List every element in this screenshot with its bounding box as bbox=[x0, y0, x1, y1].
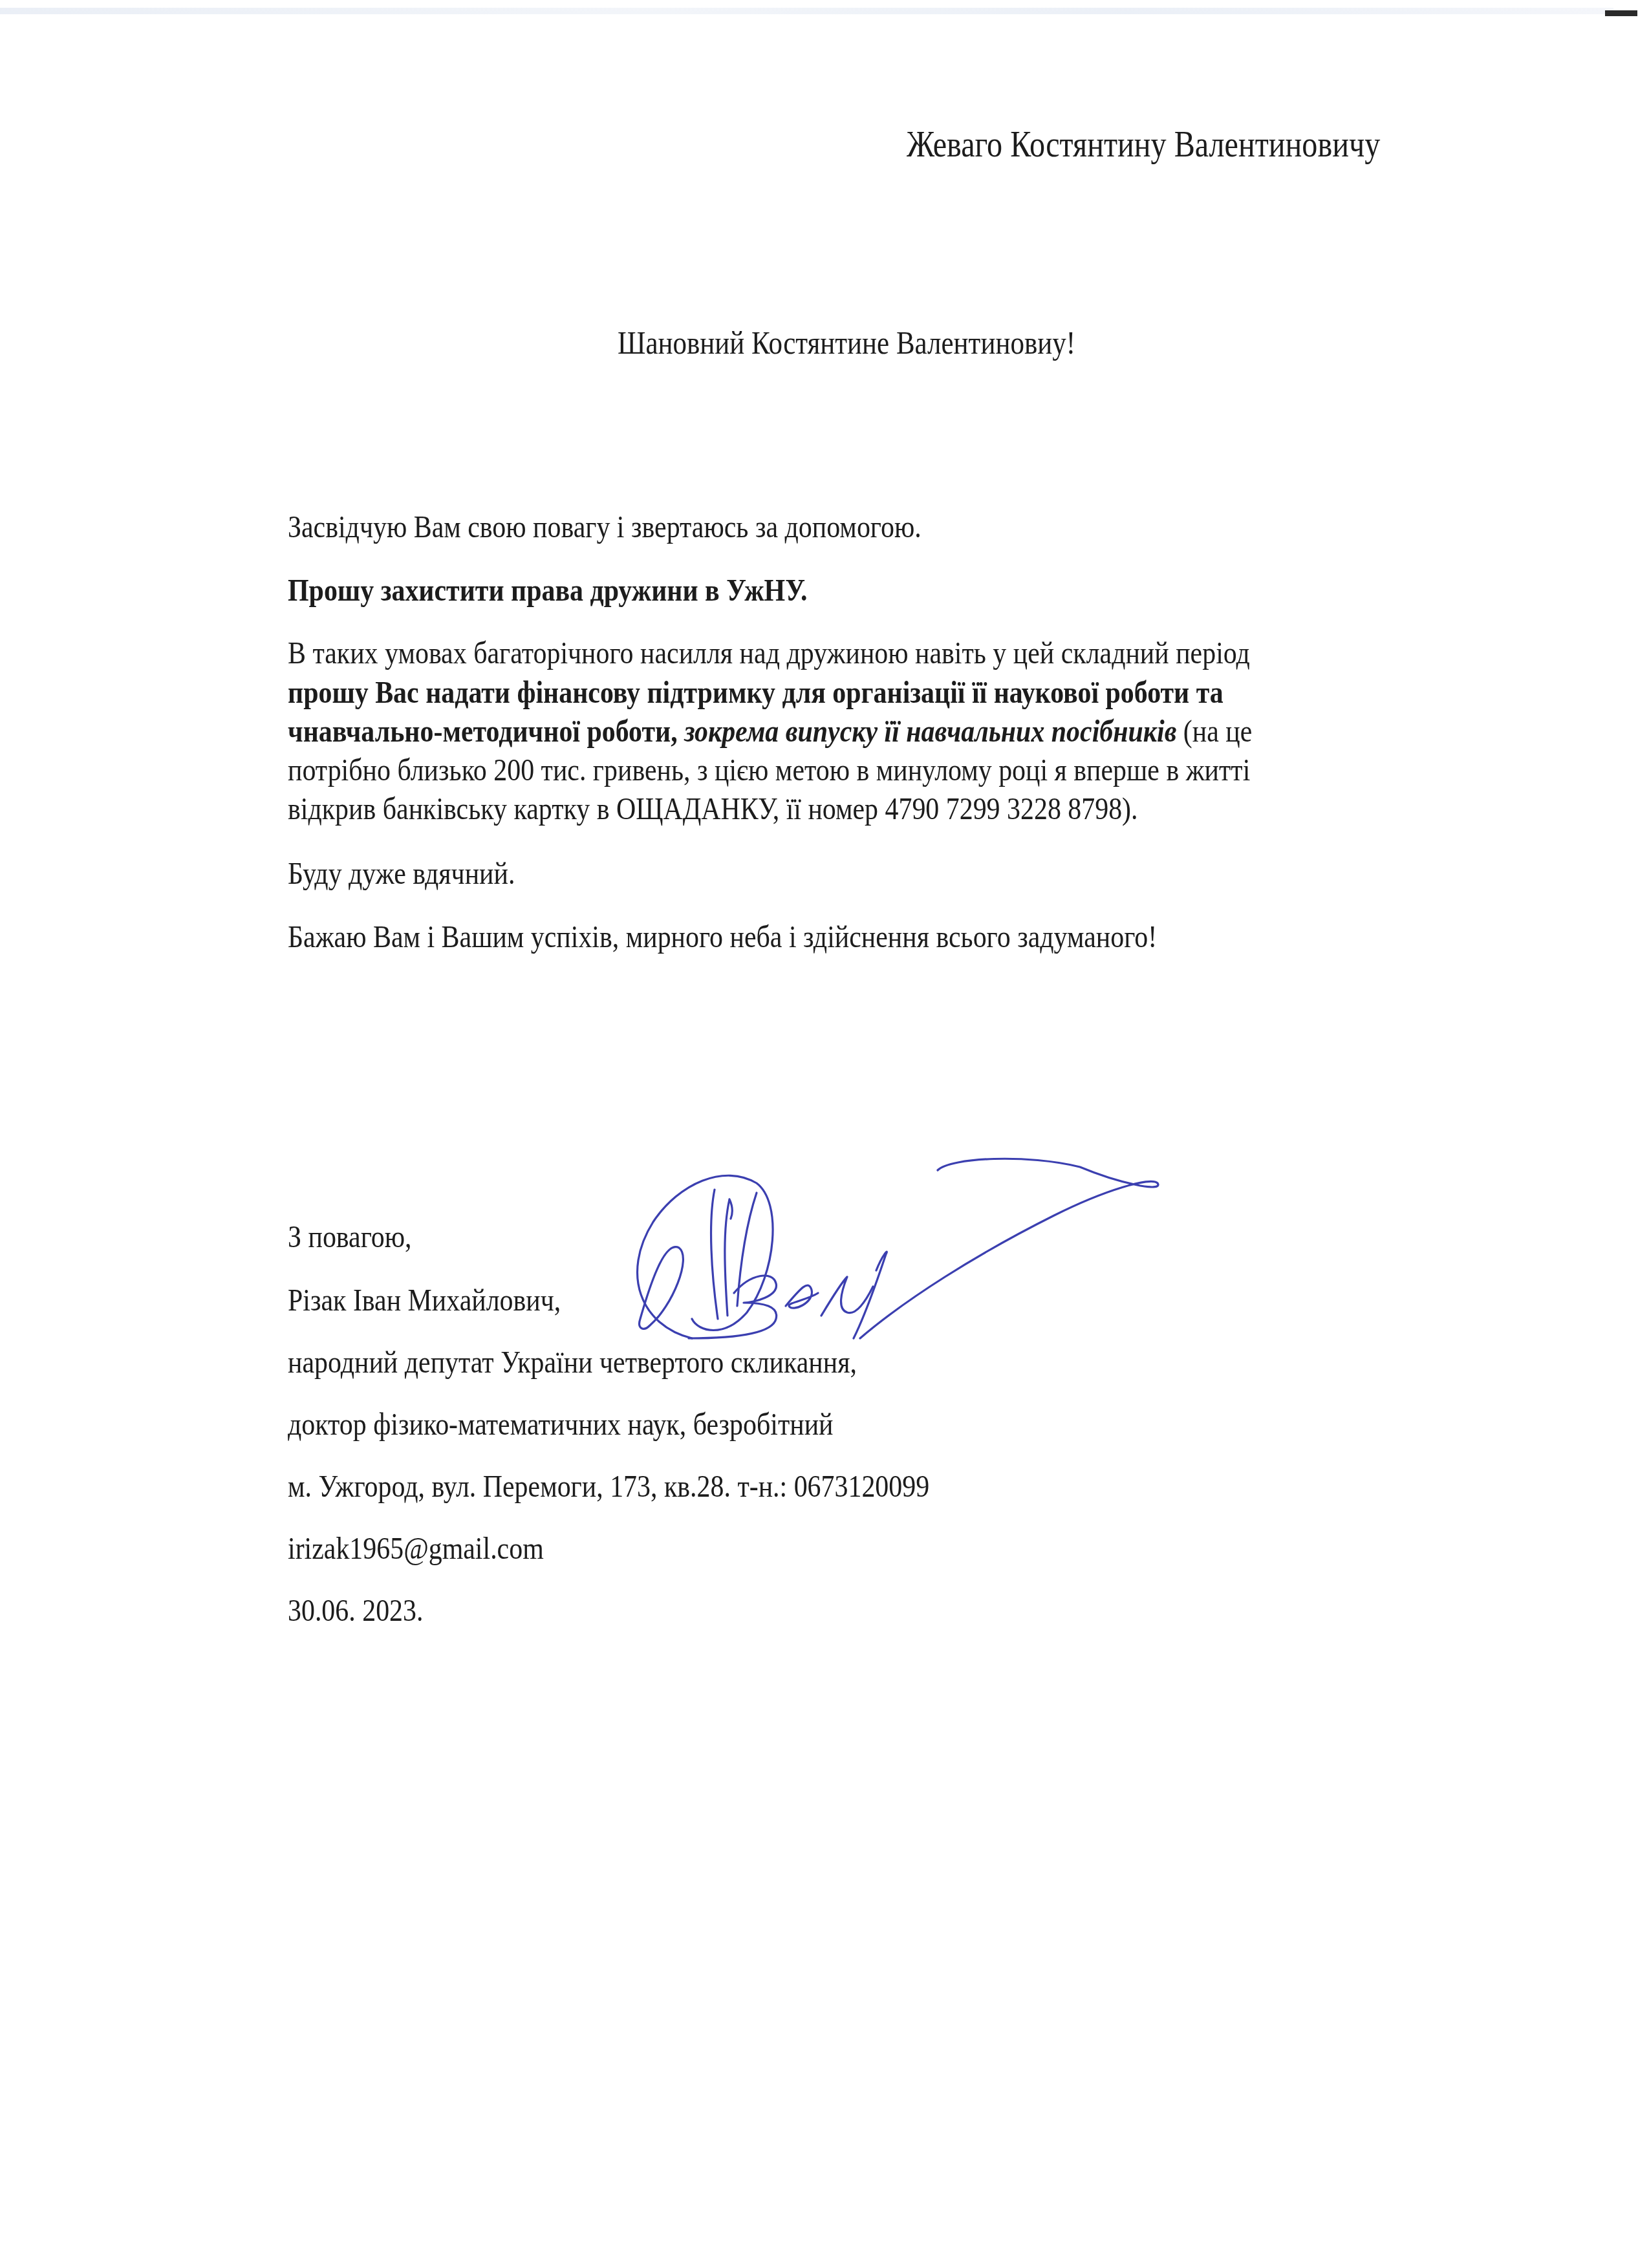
recipient-text: Жеваго Костянтину Валентиновичу bbox=[907, 127, 1380, 163]
bold-fragment: чнавчально-методичної роботи, bbox=[288, 713, 678, 749]
thanks-line: Буду дуже вдячний. bbox=[288, 857, 554, 889]
signer-email: irizak1965@gmail.com bbox=[288, 1532, 587, 1564]
paragraph-line-3: чнавчально-методичної роботи, зокрема ви… bbox=[288, 715, 1416, 747]
paragraph-text: прошу Вас надати фінансову підтримку для… bbox=[288, 676, 1223, 708]
paragraph-text: чнавчально-методичної роботи, зокрема ви… bbox=[288, 715, 1252, 747]
wishes-text: Бажаю Вам і Вашим успіхів, мирного неба … bbox=[288, 921, 1157, 952]
salutation-text: Шановний Костянтине Валентиновиу! bbox=[618, 326, 1075, 359]
handwritten-signature bbox=[614, 1144, 1300, 1377]
signer-email-text: irizak1965@gmail.com bbox=[288, 1532, 544, 1564]
salutation-line: Шановний Костянтине Валентиновиу! bbox=[618, 326, 1150, 359]
paragraph-line-2: прошу Вас надати фінансову підтримку для… bbox=[288, 676, 1382, 708]
bold-italic-fragment: зокрема випуску її навчальних посібників bbox=[678, 713, 1177, 749]
signer-degree-text: доктор фізико-математичних наук, безробі… bbox=[288, 1408, 833, 1440]
thanks-text: Буду дуже вдячний. bbox=[288, 857, 515, 889]
recipient-line: Жеваго Костянтину Валентиновичу bbox=[907, 127, 1457, 163]
scan-artifact-strip bbox=[0, 8, 1613, 14]
closing-regards: З повагою, bbox=[288, 1221, 433, 1252]
greeting-line: Засвідчую Вам свою повагу і звертаюсь за… bbox=[288, 511, 1029, 542]
regards-text: З повагою, bbox=[288, 1221, 412, 1252]
signer-name: Різак Іван Михайлович, bbox=[288, 1284, 607, 1316]
paragraph-text: потрібно близько 200 тис. гривень, з ціє… bbox=[288, 754, 1250, 786]
signer-degree: доктор фізико-математичних наук, безробі… bbox=[288, 1408, 926, 1440]
wishes-line: Бажаю Вам і Вашим успіхів, мирного неба … bbox=[288, 921, 1304, 952]
signer-title: народний депутат України четвертого скли… bbox=[288, 1346, 953, 1378]
letter-date: 30.06. 2023. bbox=[288, 1594, 446, 1626]
scan-corner-mark bbox=[1605, 10, 1637, 16]
paragraph-line-4: потрібно близько 200 тис. гривень, з ціє… bbox=[288, 754, 1414, 786]
paragraph-text: відкрив банківську картку в ОЩАДАНКУ, її… bbox=[288, 793, 1138, 824]
signer-title-text: народний депутат України четвертого скли… bbox=[288, 1346, 857, 1378]
date-text: 30.06. 2023. bbox=[288, 1594, 423, 1626]
signer-name-text: Різак Іван Михайлович, bbox=[288, 1284, 561, 1316]
signer-address: м. Ужгород, вул. Перемоги, 173, кв.28. т… bbox=[288, 1470, 1038, 1502]
request-heading-text: Прошу захистити права дружини в УжНУ. bbox=[288, 574, 808, 606]
paragraph-text: В таких умовах багаторічного насилля над… bbox=[288, 637, 1250, 669]
request-heading: Прошу захистити права дружини в УжНУ. bbox=[288, 574, 896, 606]
greeting-text: Засвідчую Вам свою повагу і звертаюсь за… bbox=[288, 511, 921, 542]
regular-fragment: (на це bbox=[1176, 713, 1252, 749]
signer-address-text: м. Ужгород, вул. Перемоги, 173, кв.28. т… bbox=[288, 1470, 929, 1502]
paragraph-line-5: відкрив банківську картку в ОЩАДАНКУ, її… bbox=[288, 793, 1282, 824]
paragraph-line-1: В таких умовах багаторічного насилля над… bbox=[288, 637, 1413, 669]
